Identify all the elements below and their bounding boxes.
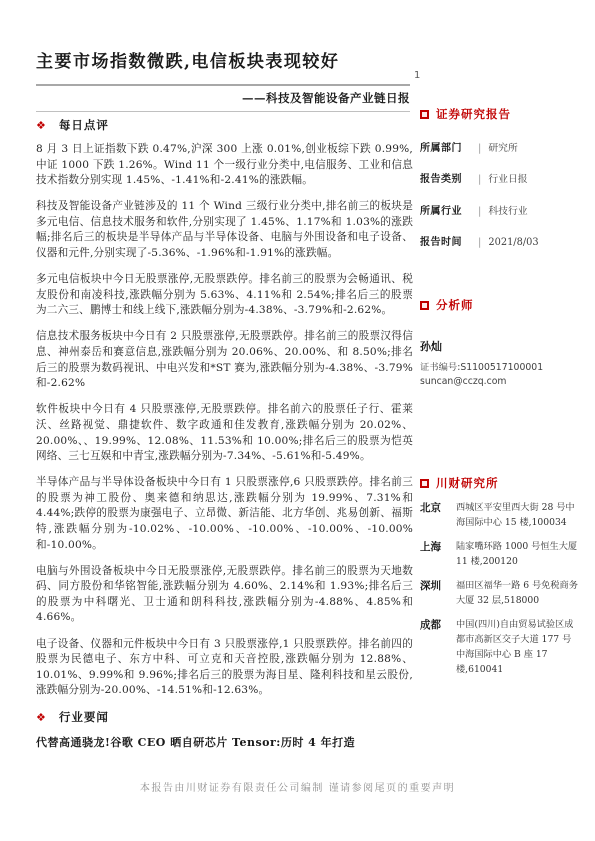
red-square-icon [420, 110, 429, 119]
daily-paragraph: 8 月 3 日上证指数下跌 0.47%,沪深 300 上涨 0.01%,创业板综… [36, 142, 413, 189]
office-address: 西城区平安里西大街 28 号中海国际中心 15 楼,100034 [456, 500, 580, 530]
sidebar-header-report: 证券研究报告 [420, 106, 580, 122]
office-chengdu: 成都 中国(四川)自由贸易试验区成都市高新区交子大道 177 号中海国际中心 B… [420, 617, 580, 677]
report-subtitle: ——科技及智能设备产业链日报 [36, 90, 410, 106]
header-divider [36, 84, 410, 86]
diamond-bullet-icon: ❖ [36, 120, 47, 131]
report-page: 主要市场指数微跌,电信板块表现较好 1 ——科技及智能设备产业链日报 ❖ 每日点… [0, 0, 595, 841]
meta-label: 所属行业 [420, 202, 476, 217]
meta-row-category: 报告类别 | 行业日报 [420, 170, 580, 185]
red-square-icon [420, 301, 429, 310]
office-shenzhen: 深圳 福田区福华一路 6 号免税商务大厦 32 层,518000 [420, 578, 580, 608]
institute-block: 川财研究所 北京 西城区平安里西大街 28 号中海国际中心 15 楼,10003… [420, 475, 580, 677]
sidebar-header-analyst-label: 分析师 [436, 297, 474, 313]
daily-paragraph: 软件板块中今日有 4 只股票涨停,无股票跌停。排名前六的股票任子行、霍莱沃、丝路… [36, 402, 413, 464]
subtitle-divider [36, 111, 410, 112]
analyst-email: suncan@cczq.com [420, 376, 580, 387]
meta-divider: | [478, 206, 481, 217]
analyst-cert-number: 证书编号:S1100517100001 [420, 359, 580, 373]
meta-divider: | [478, 237, 481, 248]
meta-row-industry: 所属行业 | 科技行业 [420, 202, 580, 217]
analyst-name: 孙灿 [420, 338, 580, 354]
section-industry-news: ❖ 行业要闻 [36, 709, 413, 725]
meta-label: 所属部门 [420, 139, 476, 154]
meta-row-date: 报告时间 | 2021/8/03 [420, 233, 580, 248]
meta-value: 研究所 [488, 140, 517, 154]
news-headline: 代替高通骁龙!谷歌 CEO 晒自研芯片 Tensor:历时 4 年打造 [36, 734, 413, 750]
daily-paragraph: 多元电信板块中今日无股票涨停,无股票跌停。排名前三的股票为会畅通讯、税友股份和南… [36, 272, 413, 319]
section-daily-comment-title: 每日点评 [59, 117, 109, 133]
page-number: 1 [414, 70, 420, 81]
sidebar-header-analyst: 分析师 [420, 297, 580, 313]
sidebar-header-report-label: 证券研究报告 [436, 106, 511, 122]
meta-row-department: 所属部门 | 研究所 [420, 139, 580, 154]
office-address: 福田区福华一路 6 号免税商务大厦 32 层,518000 [456, 578, 580, 608]
meta-value: 科技行业 [488, 203, 527, 217]
office-city: 上海 [420, 539, 456, 569]
section-industry-news-title: 行业要闻 [59, 709, 109, 725]
main-column: ❖ 每日点评 8 月 3 日上证指数下跌 0.47%,沪深 300 上涨 0.0… [36, 114, 413, 750]
office-address: 中国(四川)自由贸易试验区成都市高新区交子大道 177 号中海国际中心 B 座 … [456, 617, 580, 677]
analyst-block: 分析师 孙灿 证书编号:S1100517100001 suncan@cczq.c… [420, 297, 580, 387]
meta-value: 2021/8/03 [488, 237, 538, 248]
section-daily-comment: ❖ 每日点评 [36, 117, 413, 133]
office-city: 深圳 [420, 578, 456, 608]
daily-paragraph: 半导体产品与半导体设备板块中今日有 1 只股票涨停,6 只股票跌停。排名前三的股… [36, 475, 413, 553]
page-title: 主要市场指数微跌,电信板块表现较好 [36, 47, 416, 72]
report-info-sidebar: 证券研究报告 所属部门 | 研究所 报告类别 | 行业日报 所属行业 | 科技行… [420, 106, 580, 677]
sidebar-header-institute-label: 川财研究所 [436, 475, 499, 491]
office-city: 成都 [420, 617, 456, 677]
meta-value: 行业日报 [488, 171, 527, 185]
meta-divider: | [478, 174, 481, 185]
daily-paragraph: 电脑与外围设备板块中今日无股票涨停,无股票跌停。排名前三的股票为天地数码、同方股… [36, 564, 413, 626]
office-address: 陆家嘴环路 1000 号恒生大厦 11 楼,200120 [456, 539, 580, 569]
meta-label: 报告类别 [420, 170, 476, 185]
office-shanghai: 上海 陆家嘴环路 1000 号恒生大厦 11 楼,200120 [420, 539, 580, 569]
office-city: 北京 [420, 500, 456, 530]
footer-disclaimer: 本报告由川财证券有限责任公司编制 谨请参阅尾页的重要声明 [0, 779, 595, 794]
red-square-icon [420, 479, 429, 488]
office-beijing: 北京 西城区平安里西大街 28 号中海国际中心 15 楼,100034 [420, 500, 580, 530]
diamond-bullet-icon: ❖ [36, 712, 47, 723]
sidebar-header-institute: 川财研究所 [420, 475, 580, 491]
daily-paragraph: 信息技术服务板块中今日有 2 只股票涨停,无股票跌停。排名前三的股票汉得信息、神… [36, 329, 413, 391]
daily-paragraph: 科技及智能设备产业链涉及的 11 个 Wind 三级行业分类中,排名前三的板块是… [36, 199, 413, 261]
meta-divider: | [478, 143, 481, 154]
meta-label: 报告时间 [420, 233, 476, 248]
daily-paragraph: 电子设备、仪器和元件板块中今日有 3 只股票涨停,1 只股票跌停。排名前四的股票… [36, 637, 413, 699]
